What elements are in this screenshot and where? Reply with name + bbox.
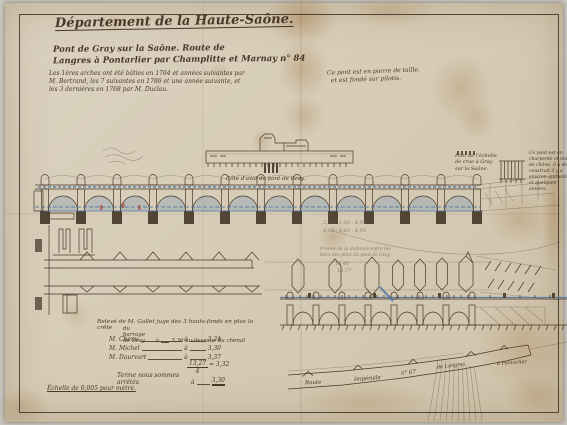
final-value: 3,30 — [212, 377, 225, 386]
history-note-line-3: les 3 dernières en 1768 par M. Duclau. — [49, 87, 168, 94]
table-row: M. Michel à 3,30 — [109, 345, 221, 352]
pencil-scribble — [101, 143, 161, 169]
history-note-line-1: Les 1ères arches ont été bâties en 1764 … — [49, 71, 245, 78]
paper-sheet: Département de la Haute-Saône. Pont de G… — [5, 3, 563, 422]
road-plan-and-weir-drawing — [288, 335, 567, 425]
table-final-row: Terme nous sommes arrêtés à 3,30 — [117, 372, 225, 386]
average-result: = 3,32 — [209, 362, 229, 369]
secondary-bridge-elevation-drawing — [280, 285, 567, 341]
table-row: M. Chenu à 3,24 — [109, 336, 221, 343]
scanned-archival-drawing: { "ink_color": "#4a3727", "paper_color":… — [0, 0, 567, 425]
scale-note: Échelle de 0,005 pour mètre. — [47, 386, 136, 393]
main-bridge-elevation-drawing — [30, 169, 560, 233]
route-label-1: Route — [305, 380, 322, 387]
abutment-plan-fragments — [33, 225, 113, 321]
tick-strip — [457, 151, 477, 155]
history-note-line-2: M. Bertrand, les 7 suivantes en 1786 et … — [49, 79, 240, 86]
